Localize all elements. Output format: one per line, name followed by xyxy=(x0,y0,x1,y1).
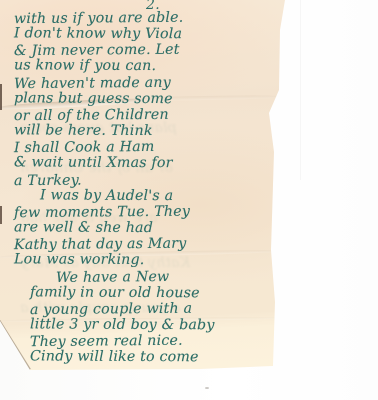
letter-lines: with us if you are able.I don't know why… xyxy=(10,10,276,365)
handwriting-line: few moments Tue. They xyxy=(14,203,276,221)
handwriting-line: us know if you can. xyxy=(14,58,276,76)
handwriting-line: Lou was working. xyxy=(14,252,276,270)
handwriting-line: plans but guess some xyxy=(14,90,276,108)
handwriting-line: I was by Audel's a xyxy=(40,187,276,204)
handwriting-line: & wait until Xmas for xyxy=(14,155,276,173)
handwriting-line: family in our old house xyxy=(30,284,276,301)
handwriting-line: or all of the Children xyxy=(14,106,276,124)
paper-edge-mark xyxy=(0,206,2,224)
scanner-lid-seam xyxy=(300,0,301,180)
handwriting-line: We haven't made any xyxy=(14,73,276,91)
scanner-speck xyxy=(205,387,209,389)
paper-edge-mark xyxy=(0,84,2,110)
handwriting-line: a Turkey. xyxy=(14,170,276,188)
letter-paper: plans but guess someor all of the Childr… xyxy=(0,0,286,372)
handwriting-line: Cindy will like to come xyxy=(30,349,276,366)
handwriting-line: little 3 yr old boy & baby xyxy=(30,316,276,333)
handwriting-line: a young couple with a xyxy=(30,300,276,318)
handwriting-line: We have a New xyxy=(56,268,276,286)
